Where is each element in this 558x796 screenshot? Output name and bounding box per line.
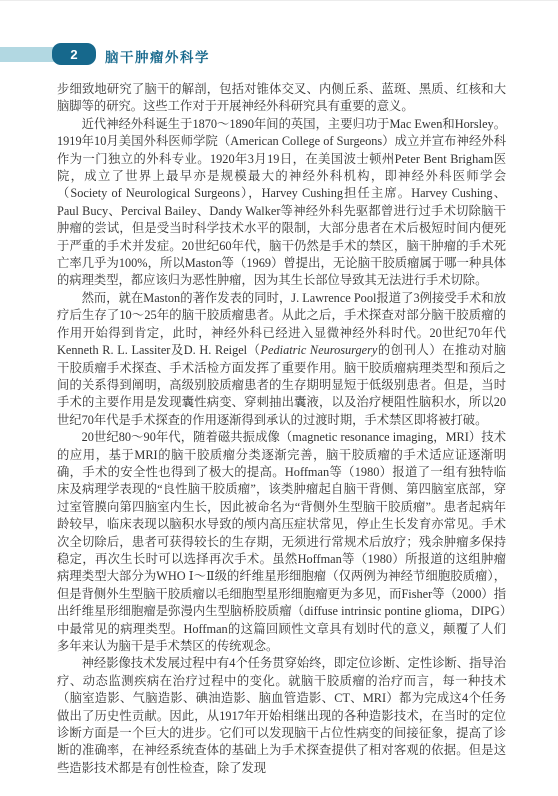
book-page: 2 脑干肿瘤外科学 步细致地研究了脑干的解剖，包括对锥体交叉、内侧丘系、蓝斑、黑… <box>0 0 558 796</box>
paragraph: 20世纪80～90年代，随着磁共振成像（magnetic resonance i… <box>57 429 506 655</box>
chapter-number: 2 <box>70 47 77 62</box>
header-accent-band <box>0 47 58 62</box>
paragraph-continuation: 步细致地研究了脑干的解剖，包括对锥体交叉、内侧丘系、蓝斑、黑质、红核和大脑脚等的… <box>57 81 506 116</box>
chapter-header: 2 脑干肿瘤外科学 <box>0 42 558 66</box>
chapter-number-badge: 2 <box>52 43 96 65</box>
paragraph: 神经影像技术发展过程中有4个任务贯穿始终，即定位诊断、定性诊断、指导治疗、动态监… <box>57 655 506 777</box>
paragraph: 近代神经外科诞生于1870～1890年间的英国，主要归功于Mac Ewen和Ho… <box>57 116 506 290</box>
page-body-text: 步细致地研究了脑干的解剖，包括对锥体交叉、内侧丘系、蓝斑、黑质、红核和大脑脚等的… <box>57 81 506 777</box>
paragraph: 然而，就在Maston的著作发表的同时，J. Lawrence Pool报道了3… <box>57 290 506 429</box>
chapter-title: 脑干肿瘤外科学 <box>105 46 210 66</box>
journal-name-italic: Pediatric Neurosurgery <box>261 343 378 357</box>
